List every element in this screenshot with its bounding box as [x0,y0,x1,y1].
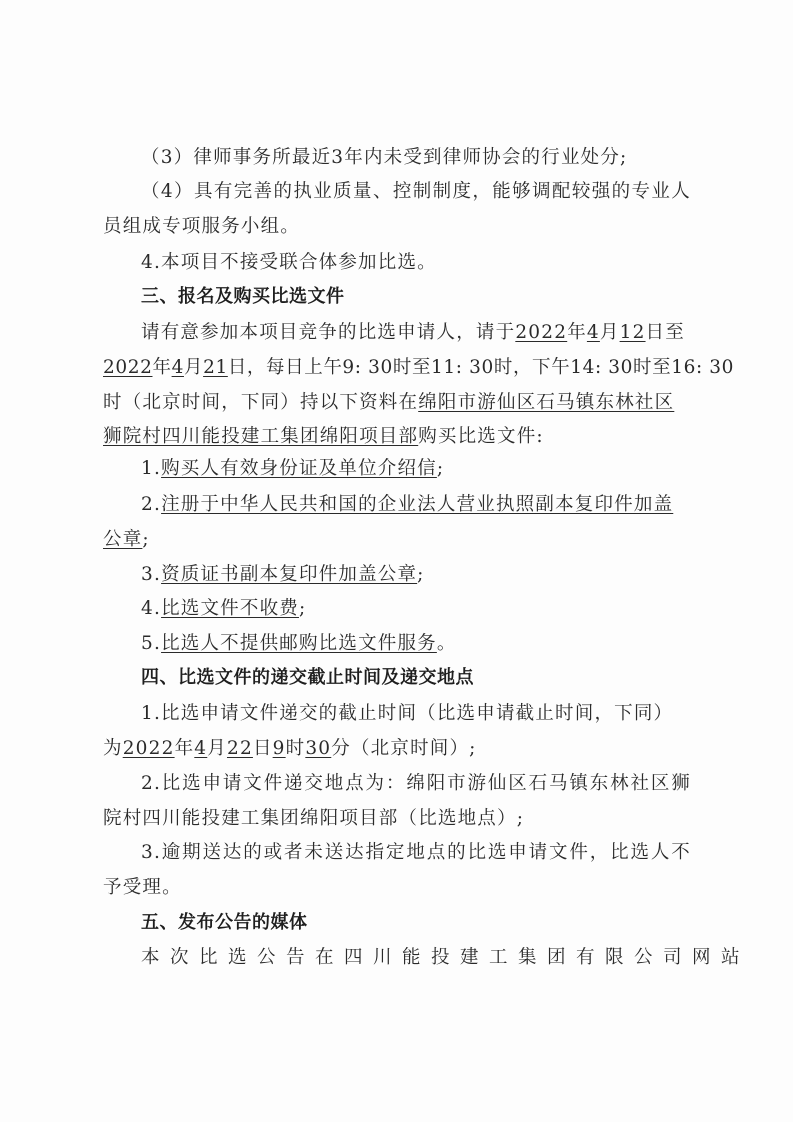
item-text: 注册于中华人民共和国的企业法人营业执照副本复印件加盖 [161,494,673,515]
text: 时 [286,738,306,759]
text: 日至 [646,322,685,343]
item-tail: 。 [437,633,457,654]
item-tail: ; [299,598,306,619]
section-4-item-3-line1: 3.逾期送达的或者未送达指定地点的比选申请文件，比选人不 [141,835,691,870]
text: 年 [152,357,171,378]
section-3-heading: 三、报名及购买比选文件 [141,279,691,314]
section-3-intro-line3: 时（北京时间，下同）持以下资料在绵阳市游仙区石马镇东林社区 [103,385,691,420]
item-number: 5. [141,633,161,654]
item-tail: ; [437,458,444,479]
requirement-3: （3）律师事务所最近3年内未受到律师协会的行业处分; [141,140,691,175]
section-3-item-2-line1: 2.注册于中华人民共和国的企业法人营业执照副本复印件加盖 [141,487,691,522]
item-number: 1. [141,458,161,479]
section-4-item-1-line2: 为2022年4月22日9时30分（北京时间）; [103,731,691,766]
text: 月 [600,322,620,343]
date-month: 4 [172,357,184,378]
date-year: 2022 [515,322,567,343]
date-year: 2022 [103,357,152,378]
text: 时（北京时间，下同）持以下资料在 [103,392,418,413]
item-number: 2. [141,494,161,515]
text: 为 [103,738,123,759]
address-underlined: 绵阳市游仙区石马镇东林社区 [418,392,674,413]
item-text: 购买人有效身份证及单位介绍信 [161,458,437,479]
text: 月 [184,357,203,378]
section-3-intro-line2: 2022年4月21日，每日上午9: 30时至11: 30时，下午14: 30时至… [103,350,691,385]
section-3-item-1: 1.购买人有效身份证及单位介绍信; [141,451,691,486]
text: 分（北京时间）; [331,738,476,759]
section-5-line1: 本次比选公告在四川能投建工集团有限公司网站 [141,940,691,975]
item-tail: ; [142,529,149,550]
section-3-item-4: 4.比选文件不收费; [141,591,691,626]
address-underlined: 狮院村四川能投建工集团绵阳项目部 [103,426,418,447]
text: 月 [207,738,227,759]
consortium-clause: 4.本项目不接受联合体参加比选。 [141,245,691,280]
section-4-heading: 四、比选文件的递交截止时间及递交地点 [141,660,691,695]
item-text: 公章 [103,529,142,550]
text: 日 [253,738,273,759]
section-4-item-3-line2: 予受理。 [103,870,691,905]
deadline-day: 22 [227,738,253,759]
document-page: （3）律师事务所最近3年内未受到律师协会的行业处分; （4）具有完善的执业质量、… [0,0,793,1122]
text: 请有意参加本项目竞争的比选申请人，请于 [141,322,515,343]
section-5-heading: 五、发布公告的媒体 [141,905,691,940]
section-4-item-1-line1: 1.比选申请文件递交的截止时间（比选申请截止时间，下同） [141,696,691,731]
text: 日，每日上午9: 30时至11: 30时，下午14: 30时至16: 30 [228,357,734,378]
date-day: 12 [620,322,646,343]
deadline-hour: 9 [273,738,286,759]
item-number: 3. [141,564,161,585]
requirement-4-line2: 员组成专项服务小组。 [103,209,691,244]
item-text: 资质证书副本复印件加盖公章 [161,564,417,585]
deadline-month: 4 [194,738,207,759]
section-3-item-3: 3.资质证书副本复印件加盖公章; [141,557,691,592]
section-3-item-5: 5.比选人不提供邮购比选文件服务。 [141,626,691,661]
item-text: 比选人不提供邮购比选文件服务 [161,633,437,654]
section-4-item-2-line1: 2.比选申请文件递交地点为：绵阳市游仙区石马镇东林社区狮 [141,766,691,801]
item-text: 比选文件不收费 [161,598,299,619]
text: 年 [567,322,587,343]
requirement-4-line1: （4）具有完善的执业质量、控制制度，能够调配较强的专业人 [141,174,691,209]
deadline-minute: 30 [305,738,331,759]
section-3-intro-line4: 狮院村四川能投建工集团绵阳项目部购买比选文件: [103,419,691,454]
item-number: 4. [141,598,161,619]
date-day: 21 [203,357,228,378]
text: 年 [175,738,195,759]
deadline-year: 2022 [123,738,175,759]
date-month: 4 [587,322,600,343]
section-3-intro-line1: 请有意参加本项目竞争的比选申请人，请于2022年4月12日至 [141,315,691,350]
section-3-item-2-line2: 公章; [103,522,691,557]
item-tail: ; [417,564,424,585]
section-4-item-2-line2: 院村四川能投建工集团绵阳项目部（比选地点）; [103,801,691,836]
text: 购买比选文件: [418,426,544,447]
